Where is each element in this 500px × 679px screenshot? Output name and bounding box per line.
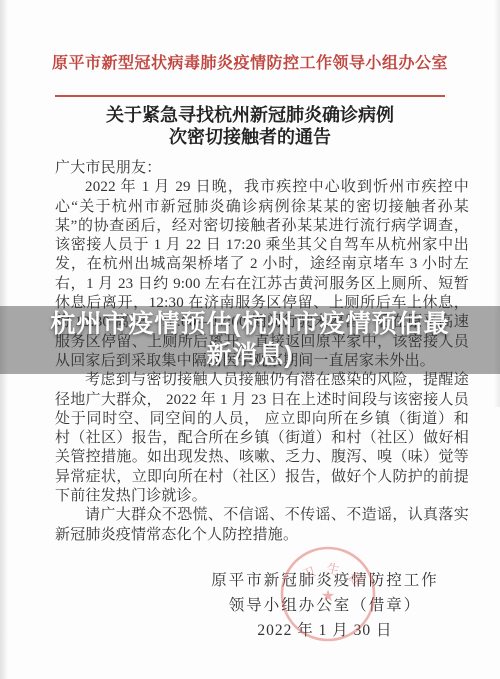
body-paragraph: 请广大群众不恐慌、不信谣、不传谣、不造谣，认真落实新冠肺炎疫情常态化个人防控措施…: [55, 506, 469, 545]
notice-title: 关于紧急寻找杭州新冠肺炎确诊病例 次密切接触者的通告: [0, 104, 500, 148]
watermark-overlay: 杭州市疫情预估(杭州市疫情预估最 新消息): [0, 306, 500, 374]
watermark-line2: 新消息): [206, 340, 293, 371]
watermark-line1: 杭州市疫情预估(杭州市疫情预估最: [50, 309, 449, 340]
signature-block: 原平市新冠肺炎疫情防控工作 领导小组办公室（借章） 2022 年 1 月 30 …: [185, 568, 465, 643]
signature-org-line1: 原平市新冠肺炎疫情防控工作: [185, 568, 465, 593]
issuing-org-header: 原平市新型冠状病毒肺炎疫情防控工作领导小组办公室: [0, 50, 500, 73]
signature-org-line2: 领导小组办公室（借章）: [185, 593, 465, 618]
header-divider: [55, 95, 445, 97]
body-paragraph: 考虑到与密切接触人员接触仍有潜在感染的风险，提醒途径地广大群众， 2022 年 …: [55, 371, 469, 506]
notice-title-line1: 关于紧急寻找杭州新冠肺炎确诊病例: [0, 104, 500, 126]
notice-document: 原平市新型冠状病毒肺炎疫情防控工作领导小组办公室 关于紧急寻找杭州新冠肺炎确诊病…: [0, 0, 500, 679]
notice-title-line2: 次密切接触者的通告: [0, 126, 500, 148]
signature-date: 2022 年 1 月 30 日: [185, 618, 465, 643]
salutation: 广大市民朋友：: [55, 159, 469, 178]
